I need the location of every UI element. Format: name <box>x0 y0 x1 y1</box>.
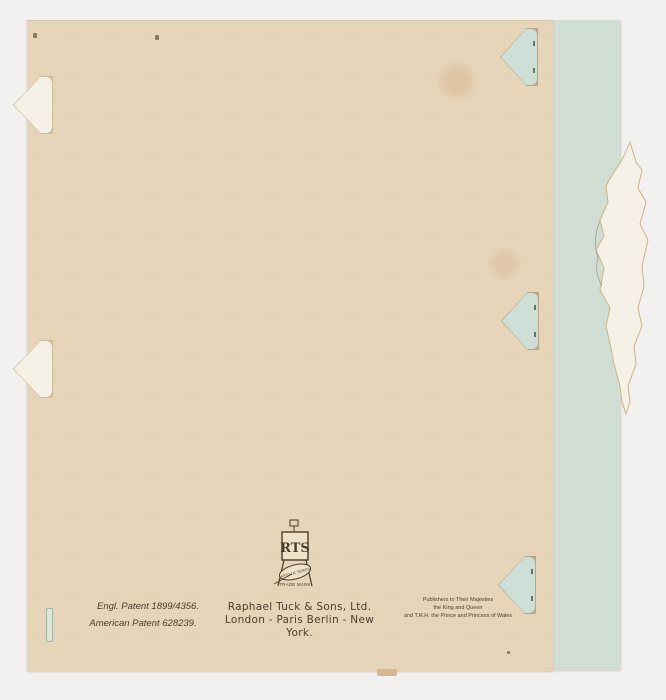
english-patent: Engl. Patent 1899/4356. <box>68 598 218 615</box>
left-tab-middle <box>14 341 52 397</box>
royal-line-2: the King and Queen <box>398 604 518 612</box>
royal-warrant: Publishers to Their Majesties the King a… <box>398 596 518 620</box>
american-patent: American Patent 628239. <box>68 615 218 632</box>
left-slit <box>46 608 53 642</box>
royal-line-1: Publishers to Their Majesties <box>398 596 518 604</box>
lace-ornament <box>592 140 652 415</box>
bottom-tab <box>377 669 397 676</box>
svg-text:RTS: RTS <box>280 541 310 556</box>
corner-mark <box>155 35 159 40</box>
publisher-imprint: Raphael Tuck & Sons, Ltd. London - Paris… <box>212 601 387 640</box>
corner-mark <box>33 33 37 38</box>
scanned-card: RTS ARTISTIC SERIES TRADE MARK Engl. Pat… <box>0 0 666 700</box>
corner-mark <box>507 651 510 654</box>
trademark-label: TRADE MARK <box>268 582 322 587</box>
publisher-name: Raphael Tuck & Sons, Ltd. <box>212 601 387 614</box>
patent-info: Engl. Patent 1899/4356. American Patent … <box>68 598 218 632</box>
publisher-cities: London - Paris Berlin - New York. <box>212 614 387 640</box>
easel-trademark-icon: RTS ARTISTIC SERIES <box>270 518 320 590</box>
left-tab-top <box>14 77 52 133</box>
royal-line-3: and T.R.H. the Prince and Princess of Wa… <box>398 612 518 620</box>
